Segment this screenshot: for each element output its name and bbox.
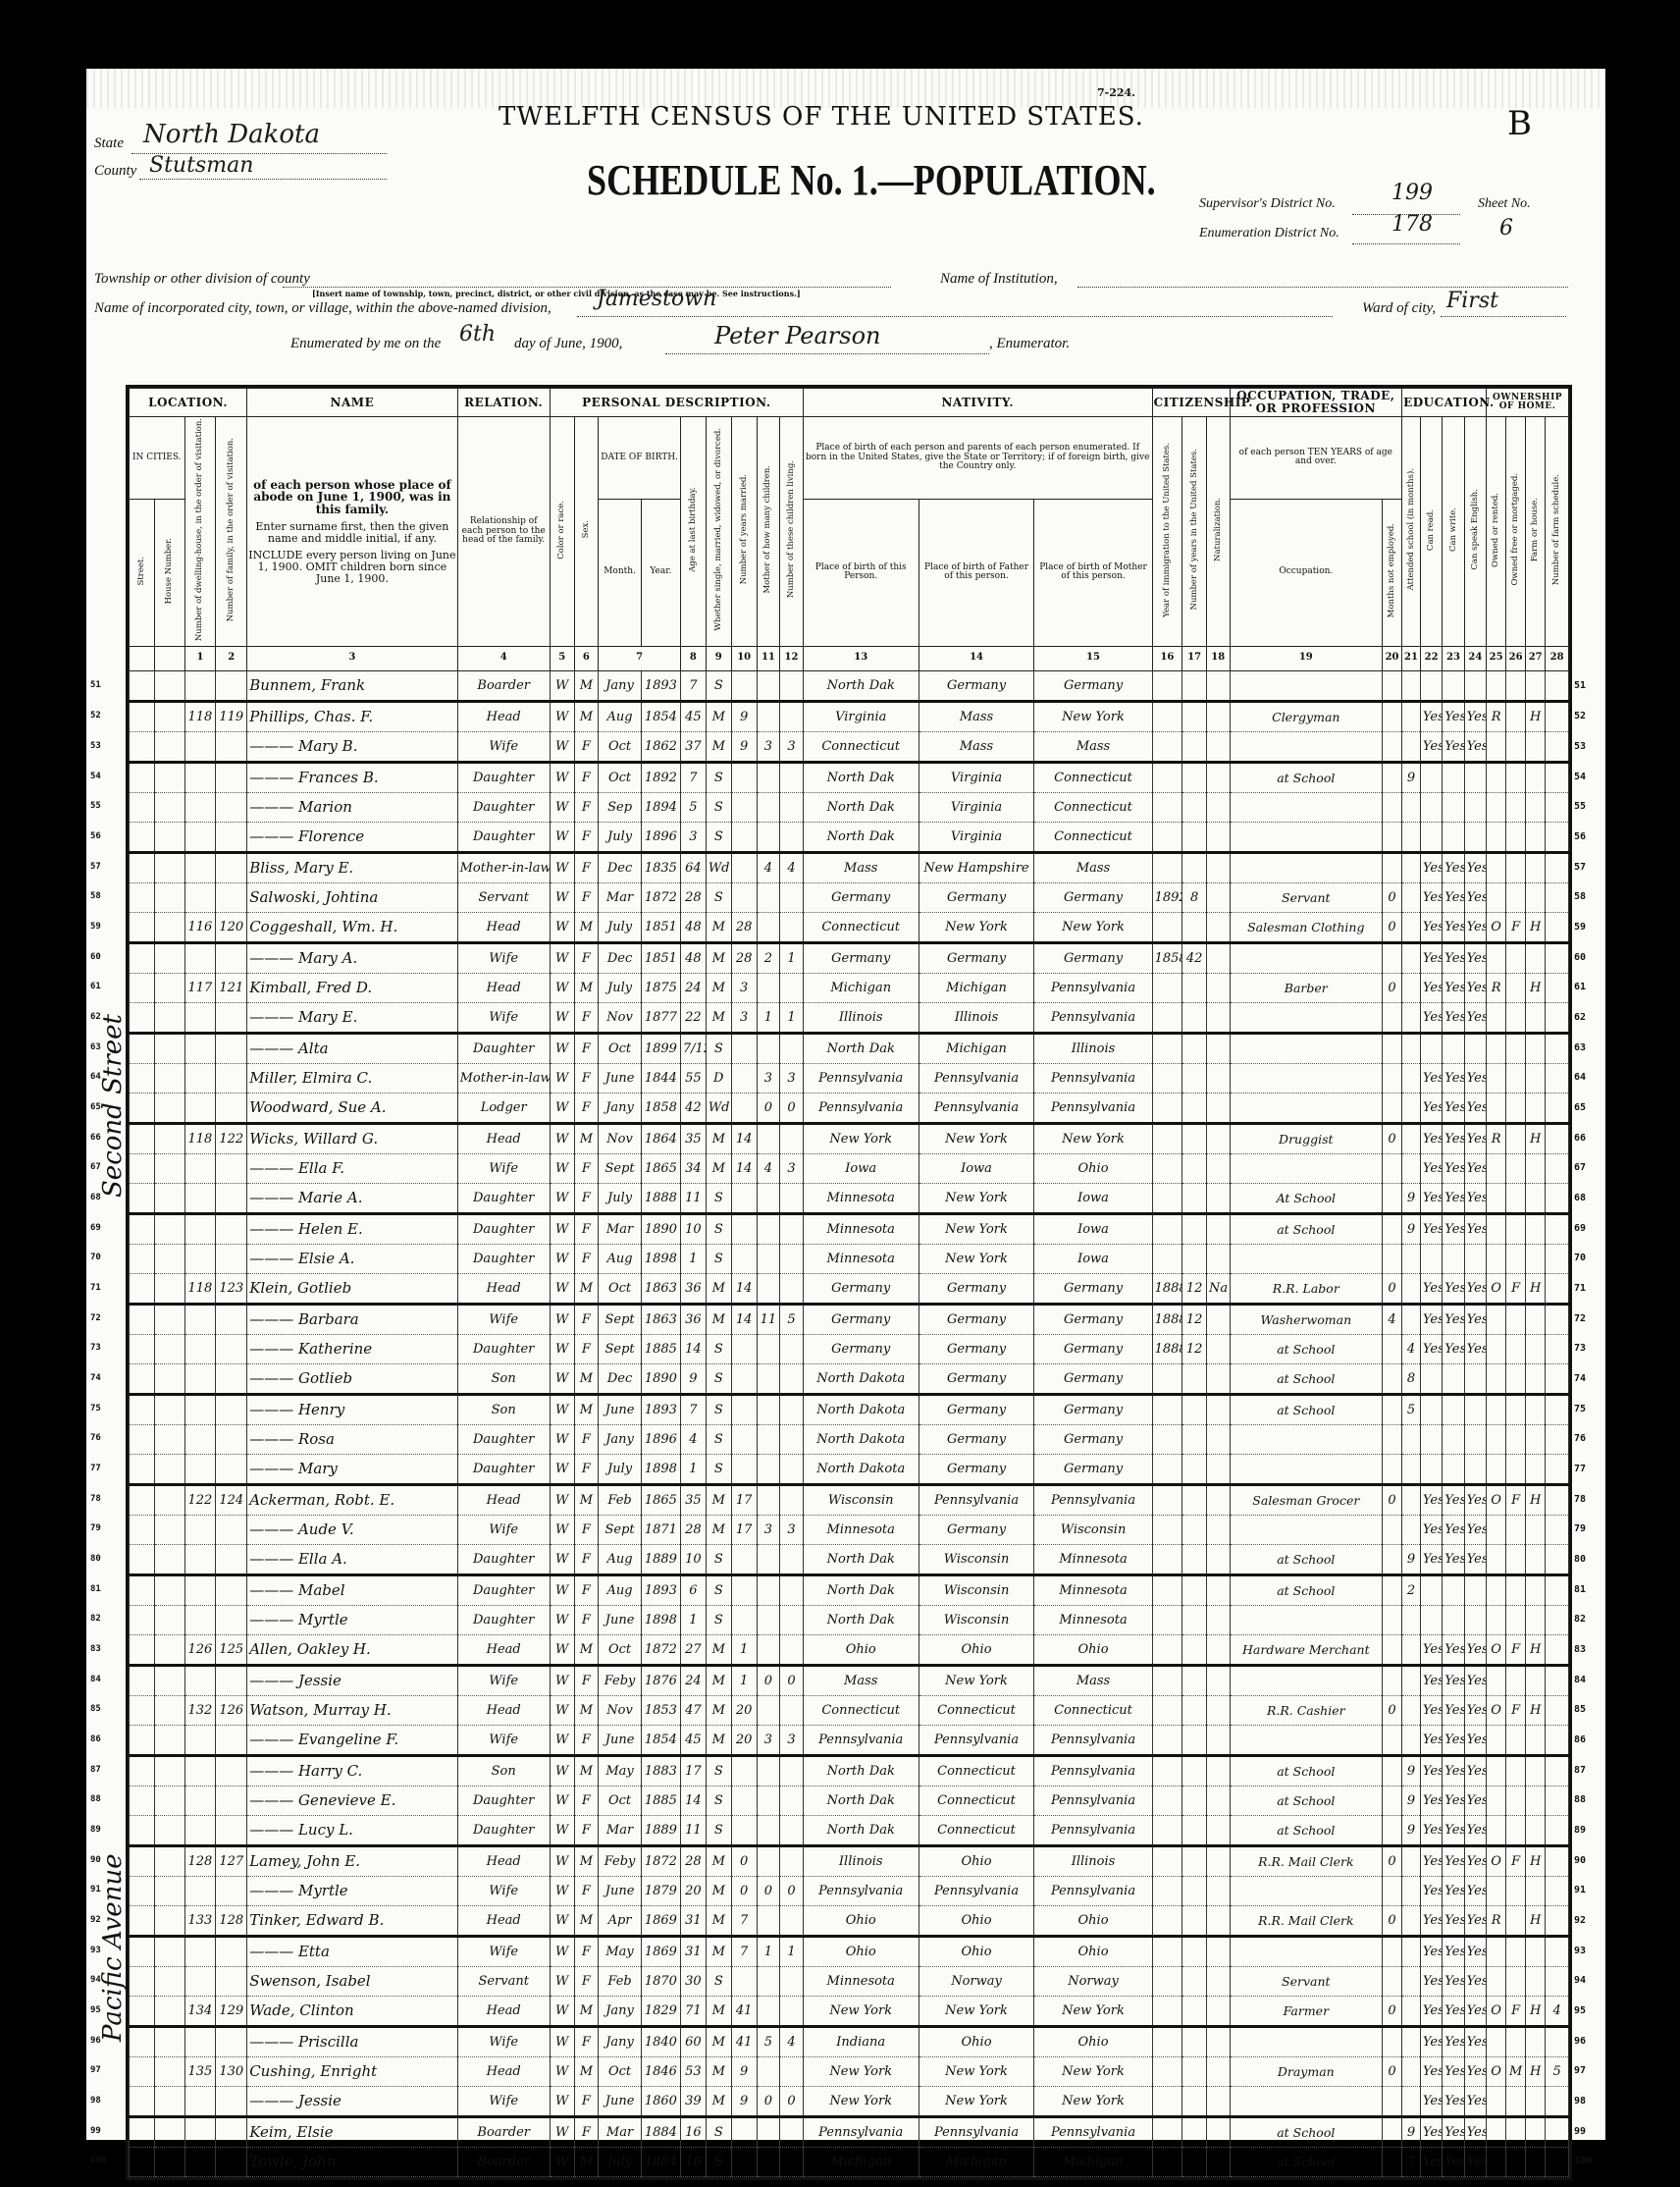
- cell-immigration-year[interactable]: [1152, 1996, 1182, 2026]
- cell-street[interactable]: [130, 1424, 155, 1454]
- cell-can-read[interactable]: Yes: [1420, 1153, 1442, 1183]
- cell-mother-of[interactable]: 2: [757, 942, 780, 973]
- cell-can-read[interactable]: Yes: [1420, 1665, 1442, 1695]
- cell-speaks-english[interactable]: Yes: [1464, 1002, 1486, 1033]
- cell-children-living[interactable]: [780, 882, 804, 912]
- cell-immigration-year[interactable]: 1892: [1152, 882, 1182, 912]
- cell-sex[interactable]: F: [574, 1033, 599, 1063]
- cell-school-months[interactable]: 9: [1402, 1815, 1421, 1845]
- cell-marital-status[interactable]: M: [706, 2086, 731, 2116]
- cell-birth-month[interactable]: Oct: [599, 1786, 642, 1815]
- cell-occupation[interactable]: Washerwoman: [1230, 1304, 1382, 1334]
- cell-free-mortgaged[interactable]: [1506, 1515, 1526, 1544]
- cell-school-months[interactable]: [1402, 701, 1421, 731]
- cell-can-read[interactable]: Yes: [1420, 2116, 1442, 2147]
- cell-mother-birthplace[interactable]: Michigan: [1034, 2147, 1152, 2176]
- cell-birth-month[interactable]: Jany: [599, 1424, 642, 1454]
- cell-house-number[interactable]: [154, 1515, 184, 1544]
- cell-can-read[interactable]: Yes: [1420, 1936, 1442, 1966]
- cell-free-mortgaged[interactable]: [1506, 882, 1526, 912]
- cell-marital-status[interactable]: M: [706, 1905, 731, 1936]
- cell-relation[interactable]: Daughter: [457, 1605, 550, 1634]
- cell-sex[interactable]: F: [574, 852, 599, 882]
- cell-mother-birthplace[interactable]: Connecticut: [1034, 1695, 1152, 1725]
- cell-mother-of[interactable]: [757, 701, 780, 731]
- cell-age[interactable]: 24: [680, 973, 706, 1002]
- cell-house-number[interactable]: [154, 1394, 184, 1424]
- cell-sex[interactable]: F: [574, 942, 599, 973]
- cell-years-married[interactable]: [731, 1815, 757, 1845]
- cell-father-birthplace[interactable]: Virginia: [919, 762, 1034, 792]
- cell-age[interactable]: 39: [680, 2086, 706, 2116]
- cell-free-mortgaged[interactable]: F: [1506, 1484, 1526, 1515]
- cell-street[interactable]: [130, 1996, 155, 2026]
- cell-dwelling-number[interactable]: [184, 1033, 216, 1063]
- cell-years-in-us[interactable]: [1182, 1786, 1207, 1815]
- cell-immigration-year[interactable]: [1152, 1123, 1182, 1153]
- cell-marital-status[interactable]: S: [706, 1815, 731, 1845]
- cell-owned-rented[interactable]: [1487, 1394, 1506, 1424]
- cell-marital-status[interactable]: S: [706, 1244, 731, 1273]
- cell-can-write[interactable]: Yes: [1443, 1273, 1464, 1304]
- cell-street[interactable]: [130, 912, 155, 942]
- cell-street[interactable]: [130, 942, 155, 973]
- cell-occupation[interactable]: at School: [1230, 1334, 1382, 1363]
- cell-can-write[interactable]: Yes: [1443, 1093, 1464, 1123]
- cell-school-months[interactable]: [1402, 1123, 1421, 1153]
- cell-birth-month[interactable]: Mar: [599, 2116, 642, 2147]
- cell-naturalization[interactable]: [1206, 1153, 1230, 1183]
- cell-family-number[interactable]: [216, 2026, 247, 2056]
- cell-immigration-year[interactable]: [1152, 2147, 1182, 2176]
- cell-street[interactable]: [130, 1244, 155, 1273]
- cell-mother-birthplace[interactable]: Pennsylvania: [1034, 1876, 1152, 1905]
- cell-birth-year[interactable]: 1885: [641, 1334, 680, 1363]
- cell-farm-schedule[interactable]: [1546, 822, 1569, 852]
- cell-person-name[interactable]: Bliss, Mary E.: [247, 852, 457, 882]
- cell-occupation[interactable]: Barber: [1230, 973, 1382, 1002]
- cell-children-living[interactable]: [780, 1996, 804, 2026]
- cell-mother-of[interactable]: [757, 1334, 780, 1363]
- cell-house-number[interactable]: [154, 882, 184, 912]
- cell-birth-year[interactable]: 1835: [641, 852, 680, 882]
- cell-months-unemployed[interactable]: [1383, 1454, 1402, 1484]
- cell-free-mortgaged[interactable]: [1506, 1966, 1526, 1996]
- cell-dwelling-number[interactable]: [184, 2026, 216, 2056]
- cell-school-months[interactable]: [1402, 1063, 1421, 1093]
- cell-dwelling-number[interactable]: [184, 1183, 216, 1213]
- cell-birth-year[interactable]: 1877: [641, 1002, 680, 1033]
- cell-color[interactable]: W: [550, 1002, 574, 1033]
- cell-family-number[interactable]: [216, 1786, 247, 1815]
- cell-father-birthplace[interactable]: Mass: [919, 701, 1034, 731]
- cell-birthplace[interactable]: Germany: [803, 1304, 919, 1334]
- cell-sex[interactable]: F: [574, 762, 599, 792]
- cell-school-months[interactable]: [1402, 1905, 1421, 1936]
- cell-can-write[interactable]: Yes: [1443, 1153, 1464, 1183]
- cell-relation[interactable]: Boarder: [457, 2116, 550, 2147]
- cell-mother-birthplace[interactable]: New York: [1034, 2056, 1152, 2086]
- cell-marital-status[interactable]: D: [706, 1063, 731, 1093]
- cell-mother-of[interactable]: [757, 1786, 780, 1815]
- cell-children-living[interactable]: 1: [780, 1002, 804, 1033]
- cell-house-number[interactable]: [154, 1845, 184, 1876]
- cell-father-birthplace[interactable]: New York: [919, 1183, 1034, 1213]
- cell-color[interactable]: W: [550, 973, 574, 1002]
- cell-years-in-us[interactable]: [1182, 822, 1207, 852]
- cell-can-read[interactable]: Yes: [1420, 1876, 1442, 1905]
- cell-birthplace[interactable]: Mass: [803, 852, 919, 882]
- cell-dwelling-number[interactable]: 116: [184, 912, 216, 942]
- cell-naturalization[interactable]: [1206, 1002, 1230, 1033]
- cell-owned-rented[interactable]: [1487, 1515, 1506, 1544]
- cell-age[interactable]: 7: [680, 1394, 706, 1424]
- cell-birthplace[interactable]: North Dak: [803, 1605, 919, 1634]
- cell-years-in-us[interactable]: 12: [1182, 1334, 1207, 1363]
- cell-school-months[interactable]: [1402, 1996, 1421, 2026]
- cell-birthplace[interactable]: North Dakota: [803, 1454, 919, 1484]
- cell-birth-month[interactable]: Feb: [599, 1966, 642, 1996]
- cell-can-write[interactable]: [1443, 822, 1464, 852]
- cell-years-married[interactable]: [731, 1213, 757, 1244]
- cell-relation[interactable]: Wife: [457, 731, 550, 762]
- cell-free-mortgaged[interactable]: [1506, 762, 1526, 792]
- cell-speaks-english[interactable]: [1464, 1363, 1486, 1394]
- cell-mother-of[interactable]: [757, 2056, 780, 2086]
- cell-months-unemployed[interactable]: [1383, 1033, 1402, 1063]
- cell-free-mortgaged[interactable]: F: [1506, 1695, 1526, 1725]
- cell-marital-status[interactable]: S: [706, 1454, 731, 1484]
- cell-occupation[interactable]: Drayman: [1230, 2056, 1382, 2086]
- cell-relation[interactable]: Daughter: [457, 792, 550, 822]
- cell-farm-schedule[interactable]: [1546, 1815, 1569, 1845]
- cell-street[interactable]: [130, 2086, 155, 2116]
- cell-marital-status[interactable]: S: [706, 1424, 731, 1454]
- cell-house-number[interactable]: [154, 1244, 184, 1273]
- cell-speaks-english[interactable]: [1464, 762, 1486, 792]
- cell-dwelling-number[interactable]: [184, 1876, 216, 1905]
- cell-house-number[interactable]: [154, 1755, 184, 1786]
- cell-can-write[interactable]: Yes: [1443, 1123, 1464, 1153]
- cell-occupation[interactable]: [1230, 852, 1382, 882]
- cell-can-read[interactable]: [1420, 1454, 1442, 1484]
- cell-father-birthplace[interactable]: Norway: [919, 1966, 1034, 1996]
- cell-mother-of[interactable]: [757, 1033, 780, 1063]
- cell-father-birthplace[interactable]: Germany: [919, 882, 1034, 912]
- cell-birthplace[interactable]: North Dakota: [803, 1424, 919, 1454]
- cell-person-name[interactable]: ——— Gotlieb: [247, 1363, 457, 1394]
- cell-speaks-english[interactable]: Yes: [1464, 2026, 1486, 2056]
- cell-birthplace[interactable]: Minnesota: [803, 1183, 919, 1213]
- cell-speaks-english[interactable]: Yes: [1464, 1876, 1486, 1905]
- cell-birth-month[interactable]: Apr: [599, 1905, 642, 1936]
- cell-sex[interactable]: F: [574, 1966, 599, 1996]
- cell-farm-schedule[interactable]: [1546, 1123, 1569, 1153]
- cell-farm-house[interactable]: [1526, 1665, 1546, 1695]
- cell-years-in-us[interactable]: 12: [1182, 1273, 1207, 1304]
- cell-father-birthplace[interactable]: Connecticut: [919, 1786, 1034, 1815]
- cell-birth-month[interactable]: June: [599, 1725, 642, 1755]
- cell-free-mortgaged[interactable]: [1506, 2116, 1526, 2147]
- cell-speaks-english[interactable]: Yes: [1464, 2056, 1486, 2086]
- cell-school-months[interactable]: [1402, 1304, 1421, 1334]
- cell-father-birthplace[interactable]: Pennsylvania: [919, 2116, 1034, 2147]
- cell-birth-year[interactable]: 1898: [641, 1605, 680, 1634]
- cell-birth-year[interactable]: 1889: [641, 1544, 680, 1574]
- cell-occupation[interactable]: [1230, 1063, 1382, 1093]
- cell-naturalization[interactable]: [1206, 1665, 1230, 1695]
- cell-sex[interactable]: F: [574, 2116, 599, 2147]
- cell-color[interactable]: W: [550, 1334, 574, 1363]
- cell-birthplace[interactable]: North Dakota: [803, 1363, 919, 1394]
- cell-owned-rented[interactable]: R: [1487, 1123, 1506, 1153]
- cell-months-unemployed[interactable]: [1383, 2116, 1402, 2147]
- cell-school-months[interactable]: [1402, 822, 1421, 852]
- cell-sex[interactable]: M: [574, 1996, 599, 2026]
- cell-marital-status[interactable]: M: [706, 731, 731, 762]
- cell-house-number[interactable]: [154, 1634, 184, 1665]
- cell-birthplace[interactable]: North Dak: [803, 1544, 919, 1574]
- cell-can-write[interactable]: [1443, 1574, 1464, 1605]
- cell-speaks-english[interactable]: [1464, 822, 1486, 852]
- cell-speaks-english[interactable]: Yes: [1464, 2116, 1486, 2147]
- city-value[interactable]: Jamestown: [597, 287, 716, 311]
- cell-mother-of[interactable]: [757, 1244, 780, 1273]
- cell-can-read[interactable]: Yes: [1420, 2147, 1442, 2176]
- cell-street[interactable]: [130, 792, 155, 822]
- cell-can-read[interactable]: Yes: [1420, 1845, 1442, 1876]
- cell-children-living[interactable]: 1: [780, 1936, 804, 1966]
- cell-color[interactable]: W: [550, 1574, 574, 1605]
- cell-father-birthplace[interactable]: Wisconsin: [919, 1544, 1034, 1574]
- cell-sex[interactable]: F: [574, 1876, 599, 1905]
- cell-can-write[interactable]: Yes: [1443, 1063, 1464, 1093]
- cell-family-number[interactable]: [216, 1605, 247, 1634]
- cell-years-in-us[interactable]: [1182, 1936, 1207, 1966]
- cell-person-name[interactable]: ——— Myrtle: [247, 1876, 457, 1905]
- cell-birthplace[interactable]: Germany: [803, 882, 919, 912]
- cell-years-married[interactable]: 7: [731, 1936, 757, 1966]
- cell-farm-schedule[interactable]: [1546, 2026, 1569, 2056]
- cell-immigration-year[interactable]: [1152, 1454, 1182, 1484]
- cell-color[interactable]: W: [550, 792, 574, 822]
- cell-birthplace[interactable]: Ohio: [803, 1905, 919, 1936]
- cell-color[interactable]: W: [550, 882, 574, 912]
- cell-person-name[interactable]: ——— Lucy L.: [247, 1815, 457, 1845]
- cell-color[interactable]: W: [550, 1424, 574, 1454]
- cell-years-in-us[interactable]: [1182, 1966, 1207, 1996]
- cell-person-name[interactable]: ——— Harry C.: [247, 1755, 457, 1786]
- cell-family-number[interactable]: [216, 1454, 247, 1484]
- cell-owned-rented[interactable]: O: [1487, 912, 1506, 942]
- cell-color[interactable]: W: [550, 1153, 574, 1183]
- cell-owned-rented[interactable]: [1487, 1334, 1506, 1363]
- cell-can-write[interactable]: Yes: [1443, 852, 1464, 882]
- cell-mother-birthplace[interactable]: Minnesota: [1034, 1605, 1152, 1634]
- cell-sex[interactable]: F: [574, 1605, 599, 1634]
- cell-relation[interactable]: Daughter: [457, 762, 550, 792]
- cell-years-in-us[interactable]: [1182, 1424, 1207, 1454]
- cell-months-unemployed[interactable]: [1383, 1093, 1402, 1123]
- cell-speaks-english[interactable]: Yes: [1464, 1334, 1486, 1363]
- cell-occupation[interactable]: at School: [1230, 1363, 1382, 1394]
- cell-occupation[interactable]: at School: [1230, 1574, 1382, 1605]
- cell-house-number[interactable]: [154, 1544, 184, 1574]
- cell-farm-schedule[interactable]: [1546, 1063, 1569, 1093]
- cell-speaks-english[interactable]: Yes: [1464, 1996, 1486, 2026]
- cell-school-months[interactable]: [1402, 942, 1421, 973]
- cell-relation[interactable]: Wife: [457, 2026, 550, 2056]
- cell-marital-status[interactable]: M: [706, 1996, 731, 2026]
- county-value[interactable]: Stutsman: [149, 153, 253, 178]
- cell-naturalization[interactable]: [1206, 1605, 1230, 1634]
- cell-years-married[interactable]: [731, 882, 757, 912]
- cell-owned-rented[interactable]: [1487, 852, 1506, 882]
- cell-naturalization[interactable]: [1206, 1334, 1230, 1363]
- cell-farm-schedule[interactable]: [1546, 912, 1569, 942]
- cell-father-birthplace[interactable]: Pennsylvania: [919, 1484, 1034, 1515]
- cell-family-number[interactable]: [216, 1394, 247, 1424]
- cell-relation[interactable]: Head: [457, 1996, 550, 2026]
- cell-house-number[interactable]: [154, 942, 184, 973]
- cell-can-read[interactable]: Yes: [1420, 1273, 1442, 1304]
- cell-free-mortgaged[interactable]: [1506, 701, 1526, 731]
- cell-family-number[interactable]: 122: [216, 1123, 247, 1153]
- cell-can-write[interactable]: [1443, 792, 1464, 822]
- cell-speaks-english[interactable]: Yes: [1464, 912, 1486, 942]
- cell-months-unemployed[interactable]: 4: [1383, 1304, 1402, 1334]
- cell-father-birthplace[interactable]: New Hampshire: [919, 852, 1034, 882]
- cell-school-months[interactable]: [1402, 1153, 1421, 1183]
- cell-birthplace[interactable]: New York: [803, 1123, 919, 1153]
- cell-farm-house[interactable]: [1526, 2026, 1546, 2056]
- cell-birth-month[interactable]: Oct: [599, 1033, 642, 1063]
- cell-mother-of[interactable]: 11: [757, 1304, 780, 1334]
- cell-dwelling-number[interactable]: [184, 1213, 216, 1244]
- cell-farm-schedule[interactable]: [1546, 1544, 1569, 1574]
- cell-naturalization[interactable]: [1206, 882, 1230, 912]
- cell-mother-birthplace[interactable]: Pennsylvania: [1034, 1063, 1152, 1093]
- cell-birth-year[interactable]: 1863: [641, 1273, 680, 1304]
- cell-relation[interactable]: Head: [457, 1273, 550, 1304]
- cell-person-name[interactable]: Bunnem, Frank: [247, 670, 457, 701]
- cell-birth-month[interactable]: July: [599, 912, 642, 942]
- cell-farm-house[interactable]: H: [1526, 1996, 1546, 2026]
- cell-can-write[interactable]: Yes: [1443, 942, 1464, 973]
- cell-can-read[interactable]: [1420, 1033, 1442, 1063]
- cell-speaks-english[interactable]: Yes: [1464, 1845, 1486, 1876]
- cell-naturalization[interactable]: [1206, 1845, 1230, 1876]
- cell-can-read[interactable]: Yes: [1420, 1063, 1442, 1093]
- cell-years-in-us[interactable]: [1182, 1665, 1207, 1695]
- cell-birthplace[interactable]: North Dakota: [803, 1394, 919, 1424]
- cell-relation[interactable]: Daughter: [457, 1786, 550, 1815]
- cell-naturalization[interactable]: [1206, 822, 1230, 852]
- cell-mother-of[interactable]: [757, 1394, 780, 1424]
- cell-immigration-year[interactable]: [1152, 731, 1182, 762]
- cell-mother-birthplace[interactable]: Germany: [1034, 1334, 1152, 1363]
- cell-street[interactable]: [130, 1484, 155, 1515]
- cell-color[interactable]: W: [550, 2116, 574, 2147]
- cell-house-number[interactable]: [154, 1936, 184, 1966]
- cell-birthplace[interactable]: Germany: [803, 1273, 919, 1304]
- cell-father-birthplace[interactable]: Germany: [919, 1424, 1034, 1454]
- cell-owned-rented[interactable]: [1487, 1244, 1506, 1273]
- cell-farm-house[interactable]: [1526, 670, 1546, 701]
- cell-months-unemployed[interactable]: [1383, 1876, 1402, 1905]
- cell-marital-status[interactable]: S: [706, 1755, 731, 1786]
- cell-farm-schedule[interactable]: [1546, 1033, 1569, 1063]
- cell-birth-year[interactable]: 1870: [641, 1966, 680, 1996]
- cell-school-months[interactable]: [1402, 731, 1421, 762]
- cell-occupation[interactable]: at School: [1230, 1544, 1382, 1574]
- cell-color[interactable]: W: [550, 1033, 574, 1063]
- cell-birthplace[interactable]: North Dak: [803, 1574, 919, 1605]
- cell-mother-birthplace[interactable]: New York: [1034, 2086, 1152, 2116]
- cell-farm-schedule[interactable]: [1546, 1905, 1569, 1936]
- cell-immigration-year[interactable]: [1152, 1574, 1182, 1605]
- cell-age[interactable]: 14: [680, 1786, 706, 1815]
- cell-marital-status[interactable]: S: [706, 1786, 731, 1815]
- cell-dwelling-number[interactable]: [184, 1936, 216, 1966]
- cell-house-number[interactable]: [154, 2026, 184, 2056]
- cell-children-living[interactable]: [780, 1183, 804, 1213]
- cell-farm-house[interactable]: [1526, 1394, 1546, 1424]
- cell-person-name[interactable]: ——— Priscilla: [247, 2026, 457, 2056]
- cell-mother-of[interactable]: [757, 1484, 780, 1515]
- cell-farm-schedule[interactable]: [1546, 1605, 1569, 1634]
- cell-age[interactable]: 1: [680, 1244, 706, 1273]
- cell-color[interactable]: W: [550, 1183, 574, 1213]
- cell-owned-rented[interactable]: [1487, 1213, 1506, 1244]
- cell-mother-of[interactable]: [757, 670, 780, 701]
- cell-free-mortgaged[interactable]: [1506, 2086, 1526, 2116]
- cell-school-months[interactable]: 9: [1402, 1183, 1421, 1213]
- cell-house-number[interactable]: [154, 822, 184, 852]
- cell-dwelling-number[interactable]: [184, 1394, 216, 1424]
- cell-occupation[interactable]: [1230, 1244, 1382, 1273]
- cell-house-number[interactable]: [154, 2116, 184, 2147]
- cell-person-name[interactable]: Watson, Murray H.: [247, 1695, 457, 1725]
- cell-free-mortgaged[interactable]: [1506, 1394, 1526, 1424]
- cell-occupation[interactable]: At School: [1230, 1183, 1382, 1213]
- cell-years-married[interactable]: [731, 1033, 757, 1063]
- cell-marital-status[interactable]: M: [706, 973, 731, 1002]
- cell-birthplace[interactable]: Virginia: [803, 701, 919, 731]
- cell-birth-year[interactable]: 1876: [641, 1665, 680, 1695]
- cell-dwelling-number[interactable]: [184, 1454, 216, 1484]
- cell-dwelling-number[interactable]: [184, 1304, 216, 1334]
- cell-occupation[interactable]: [1230, 1424, 1382, 1454]
- cell-color[interactable]: W: [550, 1213, 574, 1244]
- cell-birth-month[interactable]: June: [599, 2086, 642, 2116]
- cell-family-number[interactable]: 127: [216, 1845, 247, 1876]
- cell-birth-month[interactable]: Nov: [599, 1695, 642, 1725]
- cell-farm-schedule[interactable]: [1546, 1634, 1569, 1665]
- cell-speaks-english[interactable]: [1464, 1033, 1486, 1063]
- cell-birth-year[interactable]: 1896: [641, 1424, 680, 1454]
- cell-house-number[interactable]: [154, 670, 184, 701]
- cell-can-write[interactable]: [1443, 1363, 1464, 1394]
- cell-farm-schedule[interactable]: [1546, 670, 1569, 701]
- cell-immigration-year[interactable]: [1152, 822, 1182, 852]
- cell-free-mortgaged[interactable]: [1506, 1755, 1526, 1786]
- cell-years-in-us[interactable]: [1182, 1605, 1207, 1634]
- cell-age[interactable]: 48: [680, 942, 706, 973]
- cell-marital-status[interactable]: S: [706, 882, 731, 912]
- cell-street[interactable]: [130, 1334, 155, 1363]
- cell-age[interactable]: 37: [680, 731, 706, 762]
